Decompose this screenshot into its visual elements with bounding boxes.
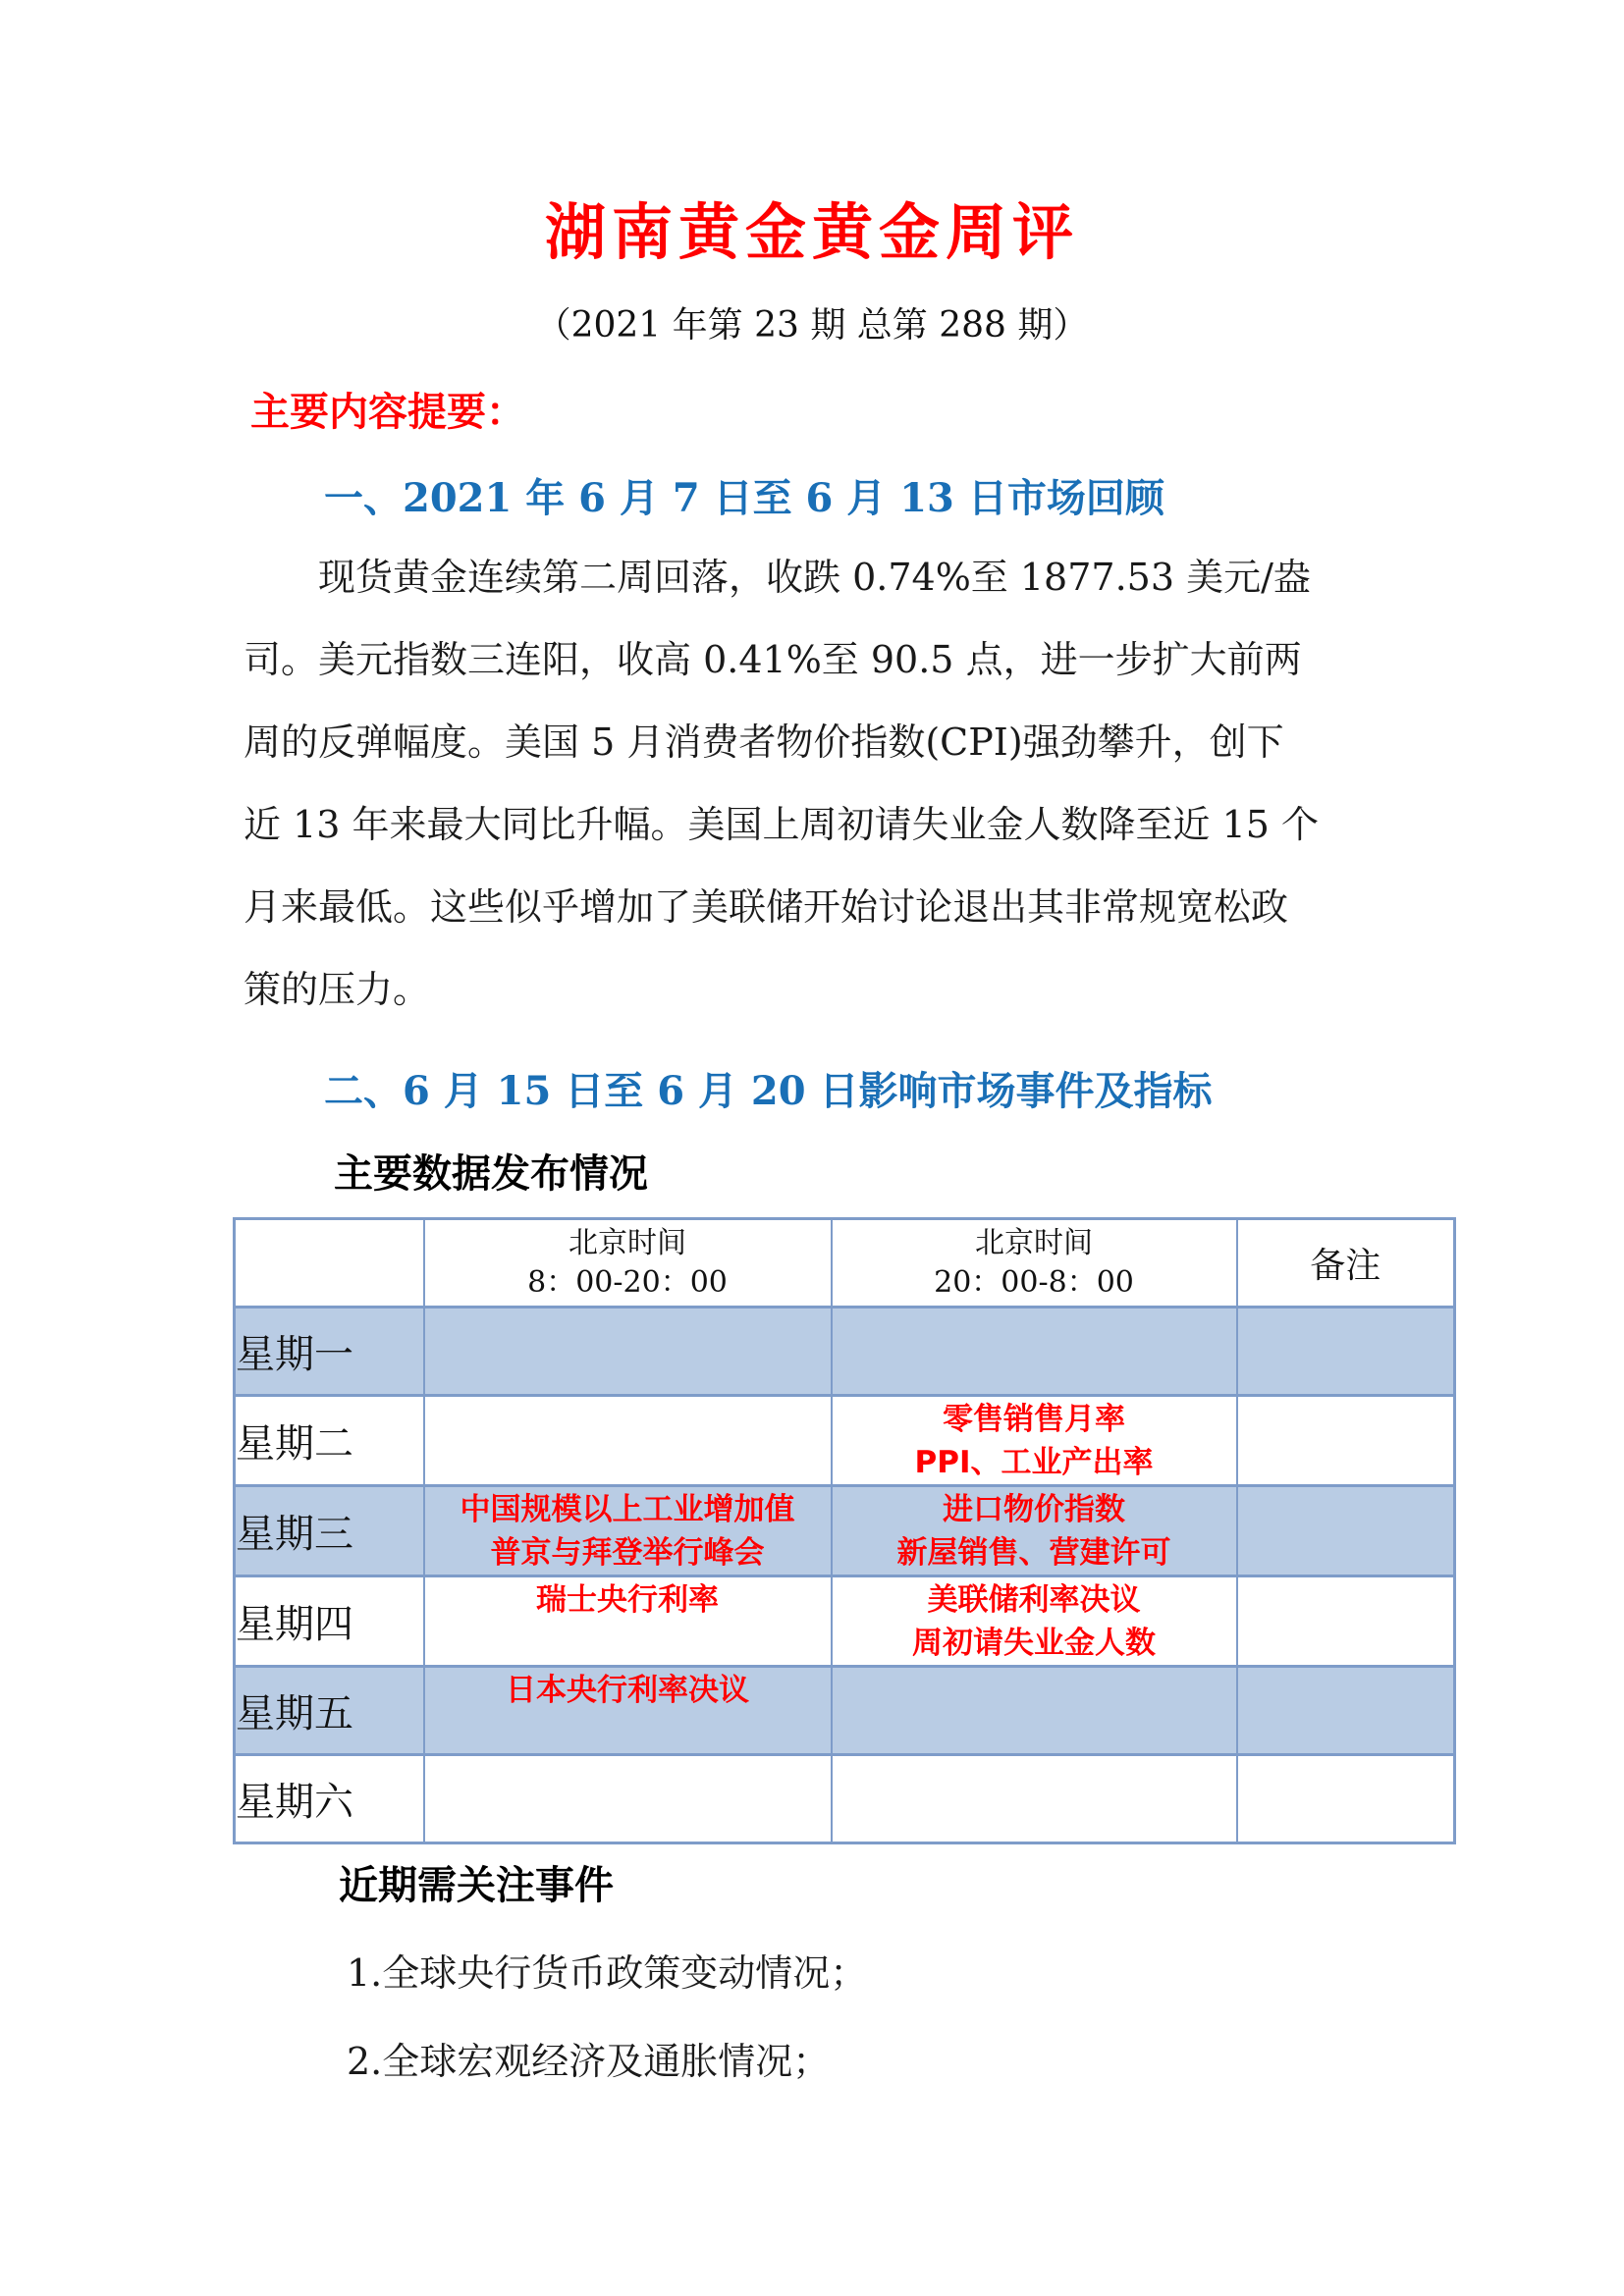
table-row-thursday: 星期四 瑞士央行利率 美联储利率决议 周初请失业金人数 [235,1576,1455,1667]
document-issue-subtitle: （2021 年第 23 期 总第 288 期） [0,304,1624,347]
paragraph-line: 策的压力。 [244,948,1624,1031]
event-text: 进口物价指数 [833,1488,1236,1531]
table-header-row: 北京时间 8：00-20：00 北京时间 20：00-8：00 备注 [235,1219,1455,1308]
table-header-empty-cell [235,1219,424,1308]
list-item: 2.全球宏观经济及通胀情况； [347,2037,1624,2086]
document-title: 湖南黄金黄金周评 [0,0,1624,269]
remark-cell [1237,1396,1455,1486]
event-text: 美联储利率决议 [833,1578,1236,1622]
event-text: 普京与拜登举行峰会 [425,1531,831,1575]
day-events-cell: 中国规模以上工业增加值 普京与拜登举行峰会 [424,1486,832,1576]
list-item: 1.全球央行货币政策变动情况； [347,1949,1624,1998]
section2-heading: 二、6 月 15 日至 6 月 20 日影响市场事件及指标 [324,1068,1624,1115]
day-events-cell [424,1308,832,1396]
night-events-cell: 零售销售月率 PPI、工业产出率 [832,1396,1237,1486]
remark-cell [1237,1576,1455,1667]
day-events-cell [424,1755,832,1843]
table-row-monday: 星期一 [235,1308,1455,1396]
market-review-paragraph: 现货黄金连续第二周回落，收跌 0.74%至 1877.53 美元/盎 司。美元指… [244,536,1624,1031]
paragraph-line: 现货黄金连续第二周回落，收跌 0.74%至 1877.53 美元/盎 [244,536,1624,618]
table-header-remark: 备注 [1237,1219,1455,1308]
night-events-cell [832,1667,1237,1755]
paragraph-line: 周的反弹幅度。美国 5 月消费者物价指数(CPI)强劲攀升，创下 [244,701,1624,783]
event-text: 中国规模以上工业增加值 [425,1488,831,1531]
night-events-cell [832,1755,1237,1843]
night-events-cell: 进口物价指数 新屋销售、营建许可 [832,1486,1237,1576]
event-text: 瑞士央行利率 [425,1578,831,1622]
event-text: 周初请失业金人数 [833,1622,1236,1665]
table-row-friday: 星期五 日本央行利率决议 [235,1667,1455,1755]
data-release-table: 北京时间 8：00-20：00 北京时间 20：00-8：00 备注 星期一 星… [233,1217,1456,1844]
weekday-label: 星期六 [235,1755,424,1843]
beijing-time-label: 北京时间 [833,1224,1236,1263]
day-events-cell [424,1396,832,1486]
weekday-label: 星期一 [235,1308,424,1396]
day-events-cell: 瑞士央行利率 [424,1576,832,1667]
night-events-cell: 美联储利率决议 周初请失业金人数 [832,1576,1237,1667]
upcoming-events-list: 1.全球央行货币政策变动情况； 2.全球宏观经济及通胀情况； [0,1949,1624,2086]
weekday-label: 星期三 [235,1486,424,1576]
document-page: 湖南黄金黄金周评 （2021 年第 23 期 总第 288 期） 主要内容提要：… [0,0,1624,2296]
day-events-cell: 日本央行利率决议 [424,1667,832,1755]
beijing-time-label: 北京时间 [425,1224,831,1263]
paragraph-line: 司。美元指数三连阳，收高 0.41%至 90.5 点，进一步扩大前两 [244,618,1624,701]
day-time-range: 8：00-20：00 [425,1263,831,1303]
night-time-range: 20：00-8：00 [833,1263,1236,1303]
event-text: 零售销售月率 [833,1398,1236,1441]
weekday-label: 星期五 [235,1667,424,1755]
remark-cell [1237,1667,1455,1755]
remark-cell [1237,1486,1455,1576]
paragraph-line: 月来最低。这些似乎增加了美联储开始讨论退出其非常规宽松政 [244,866,1624,948]
event-text: 日本央行利率决议 [425,1669,831,1712]
remark-cell [1237,1308,1455,1396]
event-text: 新屋销售、营建许可 [833,1531,1236,1575]
section1-heading: 一、2021 年 6 月 7 日至 6 月 13 日市场回顾 [324,475,1624,522]
table-row-tuesday: 星期二 零售销售月率 PPI、工业产出率 [235,1396,1455,1486]
weekday-label: 星期二 [235,1396,424,1486]
data-release-title: 主要数据发布情况 [334,1150,1624,1198]
summary-label: 主要内容提要： [250,389,1624,436]
event-text: PPI、工业产出率 [833,1441,1236,1484]
paragraph-line: 近 13 年来最大同比升幅。美国上周初请失业金人数降至近 15 个 [244,783,1624,866]
table-row-saturday: 星期六 [235,1755,1455,1843]
table-header-day-time: 北京时间 8：00-20：00 [424,1219,832,1308]
table-header-night-time: 北京时间 20：00-8：00 [832,1219,1237,1308]
remark-cell [1237,1755,1455,1843]
upcoming-events-title: 近期需关注事件 [339,1862,1624,1909]
night-events-cell [832,1308,1237,1396]
table-row-wednesday: 星期三 中国规模以上工业增加值 普京与拜登举行峰会 进口物价指数 新屋销售、营建… [235,1486,1455,1576]
weekday-label: 星期四 [235,1576,424,1667]
